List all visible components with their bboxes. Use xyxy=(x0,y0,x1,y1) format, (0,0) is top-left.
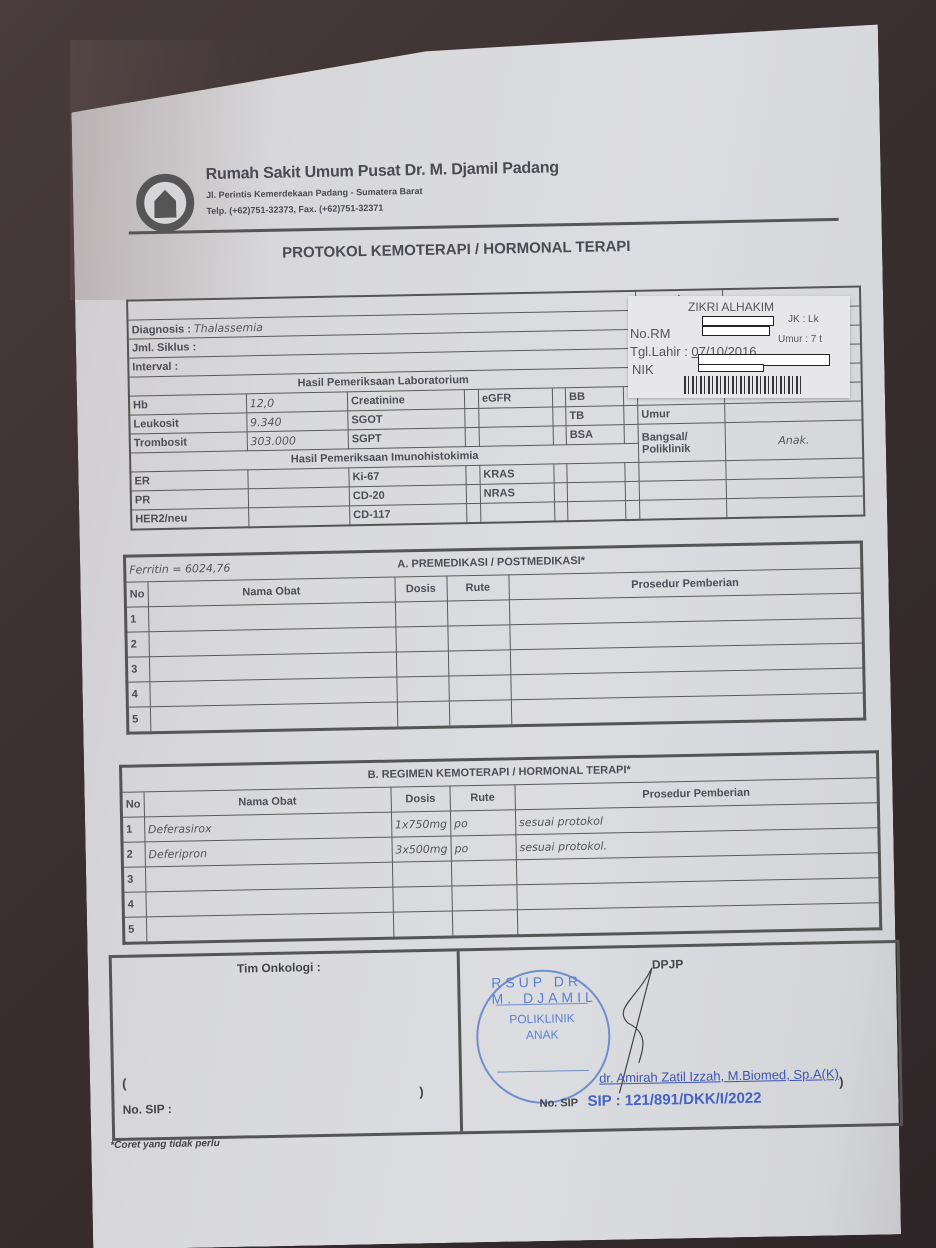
footnote: *Coret yang tidak perlu xyxy=(110,1138,220,1151)
route-cell[interactable] xyxy=(449,700,511,727)
poliklinik-anak-stamp: RSUP DR. M. DJAMIL POLIKLINIKANAK xyxy=(475,968,612,1105)
redacted-rm xyxy=(702,326,770,336)
letterhead: Rumah Sakit Umum Pusat Dr. M. Djamil Pad… xyxy=(105,125,877,230)
row-number: 1 xyxy=(122,817,145,842)
patient-age: Umur : 7 t xyxy=(778,334,822,345)
hospital-phone: Telp. (+62)751-32373, Fax. (+62)751-3237… xyxy=(206,203,383,216)
route-cell[interactable] xyxy=(449,675,511,701)
bangsal-label: Bangsal/ Poliklinik xyxy=(638,423,726,463)
route-cell[interactable] xyxy=(451,860,516,886)
row-number: 5 xyxy=(123,917,146,943)
row-number: 2 xyxy=(122,842,145,867)
tim-onkologi-panel: Tim Onkologi : ( ) No. SIP : xyxy=(112,951,463,1138)
siklus-label: Jml. Siklus xyxy=(132,341,190,354)
doctor-sip-label: No. SIP xyxy=(539,1097,578,1110)
dose-cell[interactable] xyxy=(395,601,447,627)
row-number: 4 xyxy=(127,682,150,707)
section-a-table: Ferritin = 6024,76 A. PREMEDIKASI / POST… xyxy=(123,541,866,735)
procedure-cell[interactable] xyxy=(517,903,881,936)
tim-onkologi-label: Tim Onkologi : xyxy=(237,960,321,976)
redacted-nik xyxy=(698,364,764,372)
dpjp-panel: DPJP RSUP DR. M. DJAMIL POLIKLINIKANAK d… xyxy=(457,943,900,1131)
dose-cell[interactable] xyxy=(397,701,449,728)
hospital-building-logo-icon xyxy=(136,173,195,232)
drug-name-cell[interactable] xyxy=(146,912,393,943)
row-number: 3 xyxy=(122,867,145,892)
signature-box: Tim Onkologi : ( ) No. SIP : DPJP RSUP D… xyxy=(109,940,903,1141)
section-b-table: B. REGIMEN KEMOTERAPI / HORMONAL TERAPI*… xyxy=(119,750,882,945)
row-number: 3 xyxy=(126,657,149,682)
diagnosis-label: Diagnosis xyxy=(132,323,185,336)
route-cell[interactable]: po xyxy=(450,810,515,836)
dose-cell[interactable] xyxy=(397,676,449,702)
dose-cell[interactable] xyxy=(396,651,448,677)
dose-cell[interactable] xyxy=(392,861,452,887)
route-cell[interactable] xyxy=(452,910,517,937)
redacted-field xyxy=(702,316,774,326)
nik-label: NIK xyxy=(632,362,654,377)
patient-gender: JK : Lk xyxy=(788,314,819,325)
barcode-icon xyxy=(684,376,804,394)
drug-name-cell[interactable] xyxy=(150,702,397,733)
umur-label: Umur xyxy=(638,404,725,425)
route-cell[interactable]: po xyxy=(451,835,516,861)
diagnosis-value[interactable]: Thalassemia xyxy=(194,321,263,335)
procedure-cell[interactable] xyxy=(511,693,865,726)
row-number: 1 xyxy=(125,607,148,632)
row-number: 2 xyxy=(126,632,149,657)
patient-label-sticker: ZIKRI ALHAKIM JK : Lk No.RM Umur : 7 t T… xyxy=(628,296,850,398)
hospital-name: Rumah Sakit Umum Pusat Dr. M. Djamil Pad… xyxy=(206,159,560,184)
hospital-address: Jl. Perintis Kemerdekaan Padang - Sumate… xyxy=(206,186,423,200)
route-cell[interactable] xyxy=(452,885,517,911)
dose-cell[interactable] xyxy=(396,626,448,652)
tim-sip-label: No. SIP : xyxy=(122,1102,171,1117)
patient-name: ZIKRI ALHAKIM xyxy=(688,300,774,314)
doctor-sip: SIP : 121/891/DKK/I/2022 xyxy=(587,1090,761,1110)
row-number: 4 xyxy=(123,892,146,917)
dose-cell[interactable]: 1x750mg xyxy=(391,811,451,837)
interval-label: Interval xyxy=(132,361,171,374)
route-cell[interactable] xyxy=(447,600,509,626)
no-rm-label: No.RM xyxy=(630,326,670,341)
form-document: Rumah Sakit Umum Pusat Dr. M. Djamil Pad… xyxy=(105,125,877,230)
row-number: 5 xyxy=(127,707,150,733)
dose-cell[interactable] xyxy=(393,886,453,912)
dose-cell[interactable]: 3x500mg xyxy=(392,836,452,862)
doctor-name: dr. Amirah Zatil Izzah, M.Biomed, Sp.A(K… xyxy=(599,1066,839,1086)
bangsal-value[interactable]: Anak. xyxy=(725,420,863,461)
route-cell[interactable] xyxy=(448,625,510,651)
route-cell[interactable] xyxy=(448,650,510,676)
dose-cell[interactable] xyxy=(393,911,453,938)
